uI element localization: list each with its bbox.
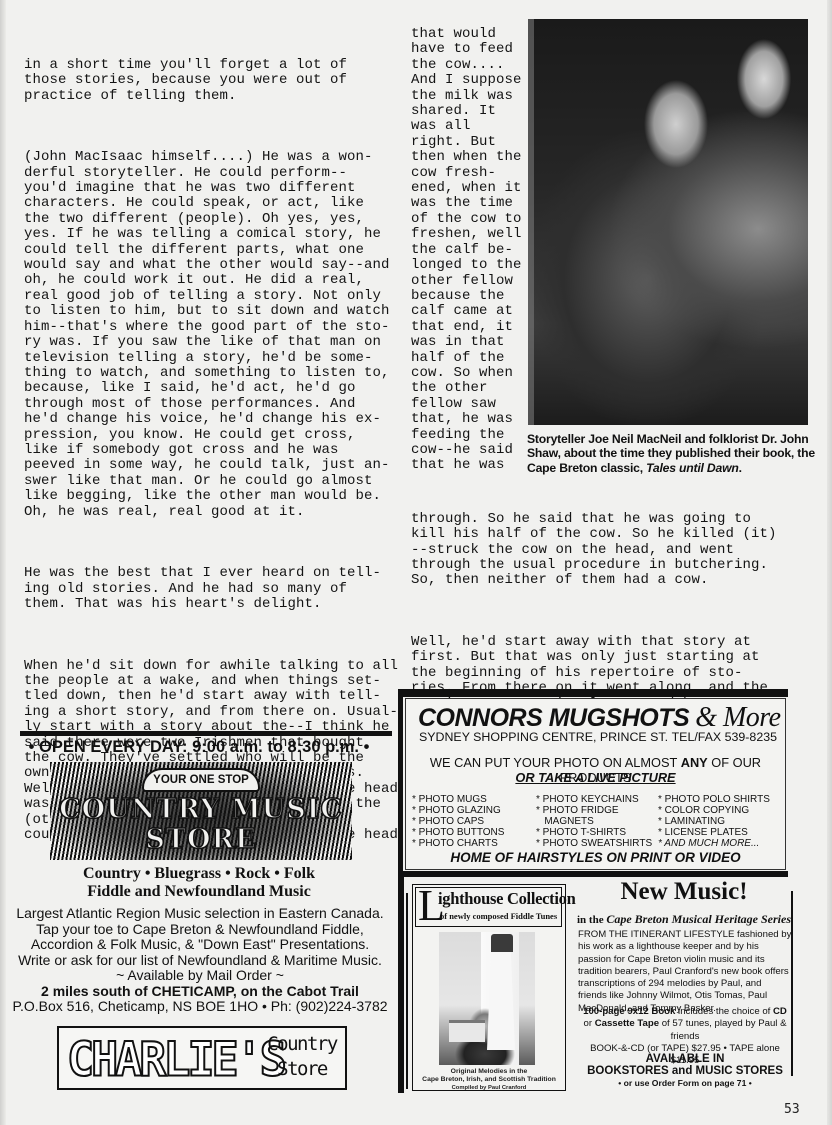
genres-line2: Fiddle and Newfoundland Music xyxy=(0,883,398,901)
offer-cd: CD xyxy=(773,1006,787,1017)
charlies-subtitle: Country Store xyxy=(262,1032,342,1082)
photo-caption: Storyteller Joe Neil MacNeil and folklor… xyxy=(527,432,827,475)
ad-border-top xyxy=(583,872,786,877)
genres: Country • Bluegrass • Rock • Folk Fiddle… xyxy=(0,865,398,901)
charlies-subtitle-line2: Store xyxy=(262,1057,342,1082)
connors-address: SYDNEY SHOPPING CENTRE, PRINCE ST. xyxy=(419,730,668,744)
logo-banner: YOUR ONE STOP xyxy=(142,768,260,792)
product-list-col2: * PHOTO KEYCHAINS * PHOTO FRIDGE MAGNETS… xyxy=(536,795,652,850)
lighthouse-photo xyxy=(439,932,535,1065)
availability: AVAILABLE IN BOOKSTORES and MUSIC STORES xyxy=(578,1053,792,1077)
ad-border-top xyxy=(398,689,788,697)
connors-title-main: CONNORS MUGSHOTS xyxy=(418,704,689,732)
article-paragraph: in a short time you'll forget a lot of t… xyxy=(24,58,404,104)
page-number: 53 xyxy=(784,1102,800,1117)
description-line: Accordion & Folk Music, & "Down East" Pr… xyxy=(0,937,400,953)
pitch-text: WE CAN PUT YOUR PHOTO ON ALMOST xyxy=(430,755,681,770)
connors-title-more: & More xyxy=(695,702,780,733)
availability-line1: AVAILABLE IN xyxy=(578,1053,792,1065)
description-line: Write or ask for our list of Newfoundlan… xyxy=(0,953,400,969)
connors-live-picture: OR TAKE A LIVE PICTURE xyxy=(406,770,785,785)
product-list-col3-items: * PHOTO POLO SHIRTS * COLOR COPYING * LA… xyxy=(658,794,770,838)
description-line: Tap your toe to Cape Breton & Newfoundla… xyxy=(0,922,400,938)
new-music-description: FROM THE ITINERANT LIFESTYLE fashioned b… xyxy=(578,929,792,1015)
series-title: Cape Breton Musical Heritage Series xyxy=(606,912,791,926)
lighthouse-tower xyxy=(487,950,515,1050)
book-title: ighthouse Collection xyxy=(438,889,575,909)
product-list-more: * AND MUCH MORE... xyxy=(658,838,759,849)
book-cover: L ighthouse Collection of newly composed… xyxy=(412,884,566,1091)
mail-order-line: ~ Available by Mail Order ~ xyxy=(0,968,400,984)
store-location: 2 miles south of CHETICAMP, on the Cabot… xyxy=(0,984,400,1000)
offer-text: of 57 tunes, played by Paul & friends xyxy=(659,1018,786,1041)
charlies-subtitle-line1: Country xyxy=(262,1032,342,1057)
ad-border-left-inner xyxy=(406,893,408,1089)
keeper-house xyxy=(449,1020,485,1042)
book-cover-caption: Original Melodies in the Cape Breton, Ir… xyxy=(413,1068,565,1092)
store-address: P.O.Box 516, Cheticamp, NS BOE 1HO • Ph:… xyxy=(0,999,400,1015)
product-list-col1: * PHOTO MUGS * PHOTO GLAZING * PHOTO CAP… xyxy=(412,795,504,850)
photo-edge xyxy=(528,19,534,425)
connors-phone: TEL/FAX 539-8235 xyxy=(672,730,777,744)
description-line: Largest Atlantic Region Music selection … xyxy=(0,906,400,922)
book-subtitle: of newly composed Fiddle Tunes xyxy=(440,911,557,921)
store-hours: • OPEN EVERY DAY: 9:00 a.m. to 8:30 p.m.… xyxy=(0,738,398,757)
series-prefix: in the xyxy=(577,914,606,926)
pitch-emphasis: ANY xyxy=(681,755,708,770)
country-music-store-logo: YOUR ONE STOP COUNTRY MUSIC STORE xyxy=(50,762,352,860)
ad-border-left xyxy=(398,877,404,1093)
new-music-title: New Music! xyxy=(575,878,793,906)
lighthouse-lamp xyxy=(491,934,513,952)
article-paragraph: He was the best that I ever heard on tel… xyxy=(24,566,404,612)
article-photo xyxy=(528,19,808,425)
logo-title-line2: STORE xyxy=(50,824,352,855)
cover-caption-line2: Cape Breton, Irish, and Scottish Traditi… xyxy=(413,1076,565,1084)
offer-text: includes the choice of xyxy=(675,1006,773,1017)
genres-line1: Country • Bluegrass • Rock • Folk xyxy=(0,865,398,883)
connors-footer: HOME OF HAIRSTYLES ON PRINT OR VIDEO xyxy=(406,850,785,865)
caption-book-title: Tales until Dawn xyxy=(646,461,739,475)
offer-tape: Cassette Tape xyxy=(595,1018,659,1029)
charlies-country-store-logo: CHARLIE'S Country Store xyxy=(57,1026,347,1090)
cover-caption-line1: Original Melodies in the xyxy=(413,1068,565,1076)
store-description: Largest Atlantic Region Music selection … xyxy=(0,906,400,1015)
offer-text: or xyxy=(583,1018,594,1029)
order-form-note: • or use Order Form on page 71 • xyxy=(578,1078,792,1088)
book-cover-header: L ighthouse Collection of newly composed… xyxy=(415,887,562,927)
ad-top-rule xyxy=(20,731,392,736)
availability-line2: BOOKSTORES and MUSIC STORES xyxy=(578,1065,792,1077)
logo-title-line1: COUNTRY MUSIC xyxy=(50,794,352,825)
connors-ad-box: CONNORS MUGSHOTS& More SYDNEY SHOPPING C… xyxy=(405,698,786,870)
cover-compiler: Compiled by Paul Cranford xyxy=(413,1084,565,1092)
page-right-edge xyxy=(827,0,832,1125)
caption-end: . xyxy=(739,461,742,475)
ad-border-left xyxy=(398,689,403,877)
series-name: in the Cape Breton Musical Heritage Seri… xyxy=(575,912,793,927)
offer-book: 100-page 9x12 Book xyxy=(583,1006,675,1017)
product-list-col3: * PHOTO POLO SHIRTS * COLOR COPYING * LA… xyxy=(658,795,770,850)
article-paragraph: through. So he said that he was going to… xyxy=(411,512,811,589)
article-paragraph: (John MacIsaac himself....) He was a won… xyxy=(24,150,404,520)
article-column-2-narrow: that would have to feed the cow.... And … xyxy=(411,27,526,474)
charlies-title: CHARLIE'S xyxy=(67,1033,284,1088)
